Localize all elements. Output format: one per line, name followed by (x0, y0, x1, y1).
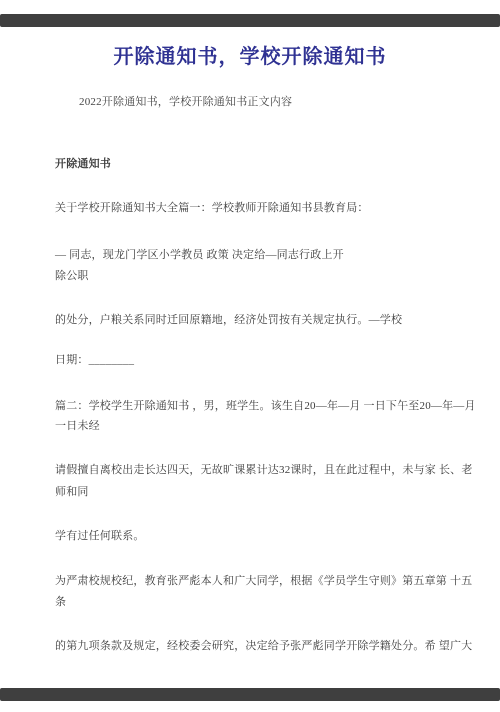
document-page: 开除通知书，学校开除通知书 2022开除通知书，学校开除通知书正文内容 开除通知… (0, 0, 500, 712)
document-line: 篇二：学校学生开除通知书 ，男，班学生。该生自20—年—月 一日下午至20—年—… (55, 397, 476, 413)
document-line: 一日未经 (55, 417, 100, 433)
document-line: 条 (55, 593, 66, 609)
document-line: 请假擅自离校出走长达四天，无故旷课累计达32课时，且在此过程中，未与家 长、老 (55, 461, 473, 477)
document-line: 的处分，户粮关系同时迁回原籍地，经济处罚按有关规定执行。—学校 (55, 311, 402, 327)
page-title: 开除通知书，学校开除通知书 (0, 40, 500, 69)
document-line: 学有过任何联系。 (55, 527, 145, 543)
document-line-date: 日期：________ (55, 351, 134, 367)
document-line: — 同志，现龙门学区小学教员 政策 决定给—同志行政上开 (55, 246, 344, 262)
document-line: 为严肃校规校纪，教育张严彪本人和广大同学，根据《学员学生守则》第五章第 十五 (55, 572, 472, 588)
document-line: 的第九项条款及规定，经校委会研究，决定给予张严彪同学开除学籍处分。希 望广大 (55, 637, 472, 653)
top-border-bar (0, 14, 500, 27)
document-line: 除公职 (55, 267, 89, 283)
document-line: 开除通知书 (55, 155, 111, 171)
document-line: 师和同 (55, 483, 89, 499)
bottom-border-bar (0, 688, 500, 701)
page-subtitle: 2022开除通知书，学校开除通知书正文内容 (79, 93, 292, 109)
document-line: 关于学校开除通知书大全篇一：学校教师开除通知书县教育局： (55, 199, 369, 215)
